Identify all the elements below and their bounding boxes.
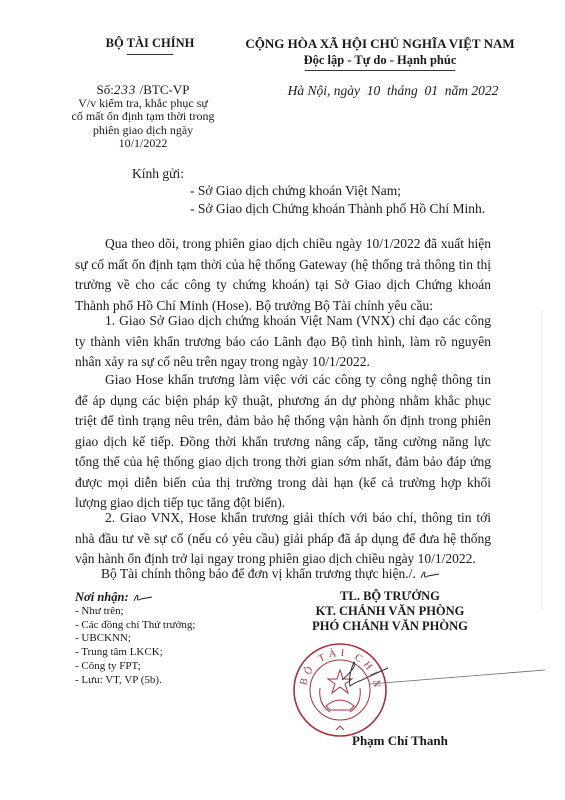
signature-block: TL. BỘ TRƯỞNG KT. CHÁNH VĂN PHÒNG PHÓ CH… bbox=[290, 589, 490, 634]
distribution-item: - Như trên; bbox=[75, 605, 196, 619]
motto: Độc lập - Tự do - Hạnh phúc bbox=[230, 53, 530, 68]
distribution-item: - Trung tâm LKCK; bbox=[75, 646, 196, 660]
paragraph-text: Giao Hose khẩn trương làm việc với các c… bbox=[75, 370, 491, 514]
closing-sentence: Bộ Tài chính thông báo để đơn vị khẩn tr… bbox=[75, 566, 441, 582]
paragraph-text: 2. Giao VNX, Hose khẩn trương giải thích… bbox=[75, 508, 491, 570]
signature-title: KT. CHÁNH VĂN PHÒNG bbox=[290, 604, 490, 619]
subject-line: cố mất ổn định tạm thời trong bbox=[68, 110, 218, 124]
agency-header: BỘ TÀI CHÍNH bbox=[80, 36, 220, 55]
distribution-item: - Các đồng chí Thứ trưởng; bbox=[75, 619, 196, 633]
distribution-title: Nơi nhận: bbox=[75, 591, 196, 605]
body-paragraph-1: Qua theo dõi, trong phiên giao dịch chiề… bbox=[75, 234, 491, 316]
signature-title: PHÓ CHÁNH VĂN PHÒNG bbox=[290, 619, 490, 634]
recipient-item: - Sở Giao dịch Chứng khoán Thành phố Hồ … bbox=[190, 200, 485, 218]
number-prefix: Số: bbox=[97, 82, 114, 97]
distribution-item: - Lưu: VT, VP (5b). bbox=[75, 674, 196, 688]
subject-line: V/v kiểm tra, khắc phục sự bbox=[68, 97, 218, 111]
date-line: Hà Nội, ngày 10 tháng 01 năm 2022 bbox=[243, 83, 543, 99]
subject-line: phiên giao dịch ngày bbox=[68, 124, 218, 138]
distribution-item: - UBCKNN; bbox=[75, 632, 196, 646]
document-reference: Số:233 /BTC-VP V/v kiểm tra, khắc phục s… bbox=[68, 83, 218, 151]
distribution-title-text: Nơi nhận: bbox=[75, 590, 129, 604]
body-paragraph-2: 1. Giao Sở Giao dịch chứng khoán Việt Na… bbox=[75, 311, 491, 373]
seal-text: BỘ TÀI CHÍNH bbox=[290, 640, 382, 692]
distribution-item: - Công ty FPT; bbox=[75, 660, 196, 674]
signature-title: TL. BỘ TRƯỞNG bbox=[290, 589, 490, 604]
national-header: CỘNG HÒA XÃ HỘI CHỦ NGHĨA VIỆT NAM Độc l… bbox=[230, 36, 530, 71]
motto-underline bbox=[305, 70, 455, 71]
subject-line: 10/1/2022 bbox=[68, 137, 218, 151]
paragraph-text: 1. Giao Sở Giao dịch chứng khoán Việt Na… bbox=[75, 311, 491, 373]
document-number: Số:233 /BTC-VP bbox=[68, 83, 218, 97]
paragraph-text: Qua theo dõi, trong phiên giao dịch chiề… bbox=[75, 234, 491, 316]
agency-underline bbox=[127, 54, 173, 55]
initial-mark-icon bbox=[419, 570, 441, 580]
country-name: CỘNG HÒA XÃ HỘI CHỦ NGHĨA VIỆT NAM bbox=[230, 36, 530, 52]
signer-name: Phạm Chí Thanh bbox=[352, 733, 448, 749]
signature-stroke-icon bbox=[370, 650, 550, 690]
initial-mark-icon bbox=[132, 593, 154, 603]
number-handwritten: 233 bbox=[114, 82, 137, 97]
body-paragraph-3: Giao Hose khẩn trương làm việc với các c… bbox=[75, 370, 491, 514]
body-paragraph-4: 2. Giao VNX, Hose khẩn trương giải thích… bbox=[75, 508, 491, 570]
recipients-label: Kính gửi: bbox=[132, 166, 184, 182]
scan-edge-line bbox=[541, 310, 542, 610]
distribution-list: Nơi nhận: - Như trên; - Các đồng chí Thứ… bbox=[75, 591, 196, 688]
recipients-list: - Sở Giao dịch chứng khoán Việt Nam; - S… bbox=[190, 182, 485, 218]
svg-text:BỘ TÀI CHÍNH: BỘ TÀI CHÍNH bbox=[290, 640, 382, 692]
closing-text: Bộ Tài chính thông báo để đơn vị khẩn tr… bbox=[75, 566, 416, 581]
number-suffix: /BTC-VP bbox=[136, 82, 189, 97]
recipient-item: - Sở Giao dịch chứng khoán Việt Nam; bbox=[190, 182, 485, 200]
agency-name: BỘ TÀI CHÍNH bbox=[80, 36, 220, 51]
